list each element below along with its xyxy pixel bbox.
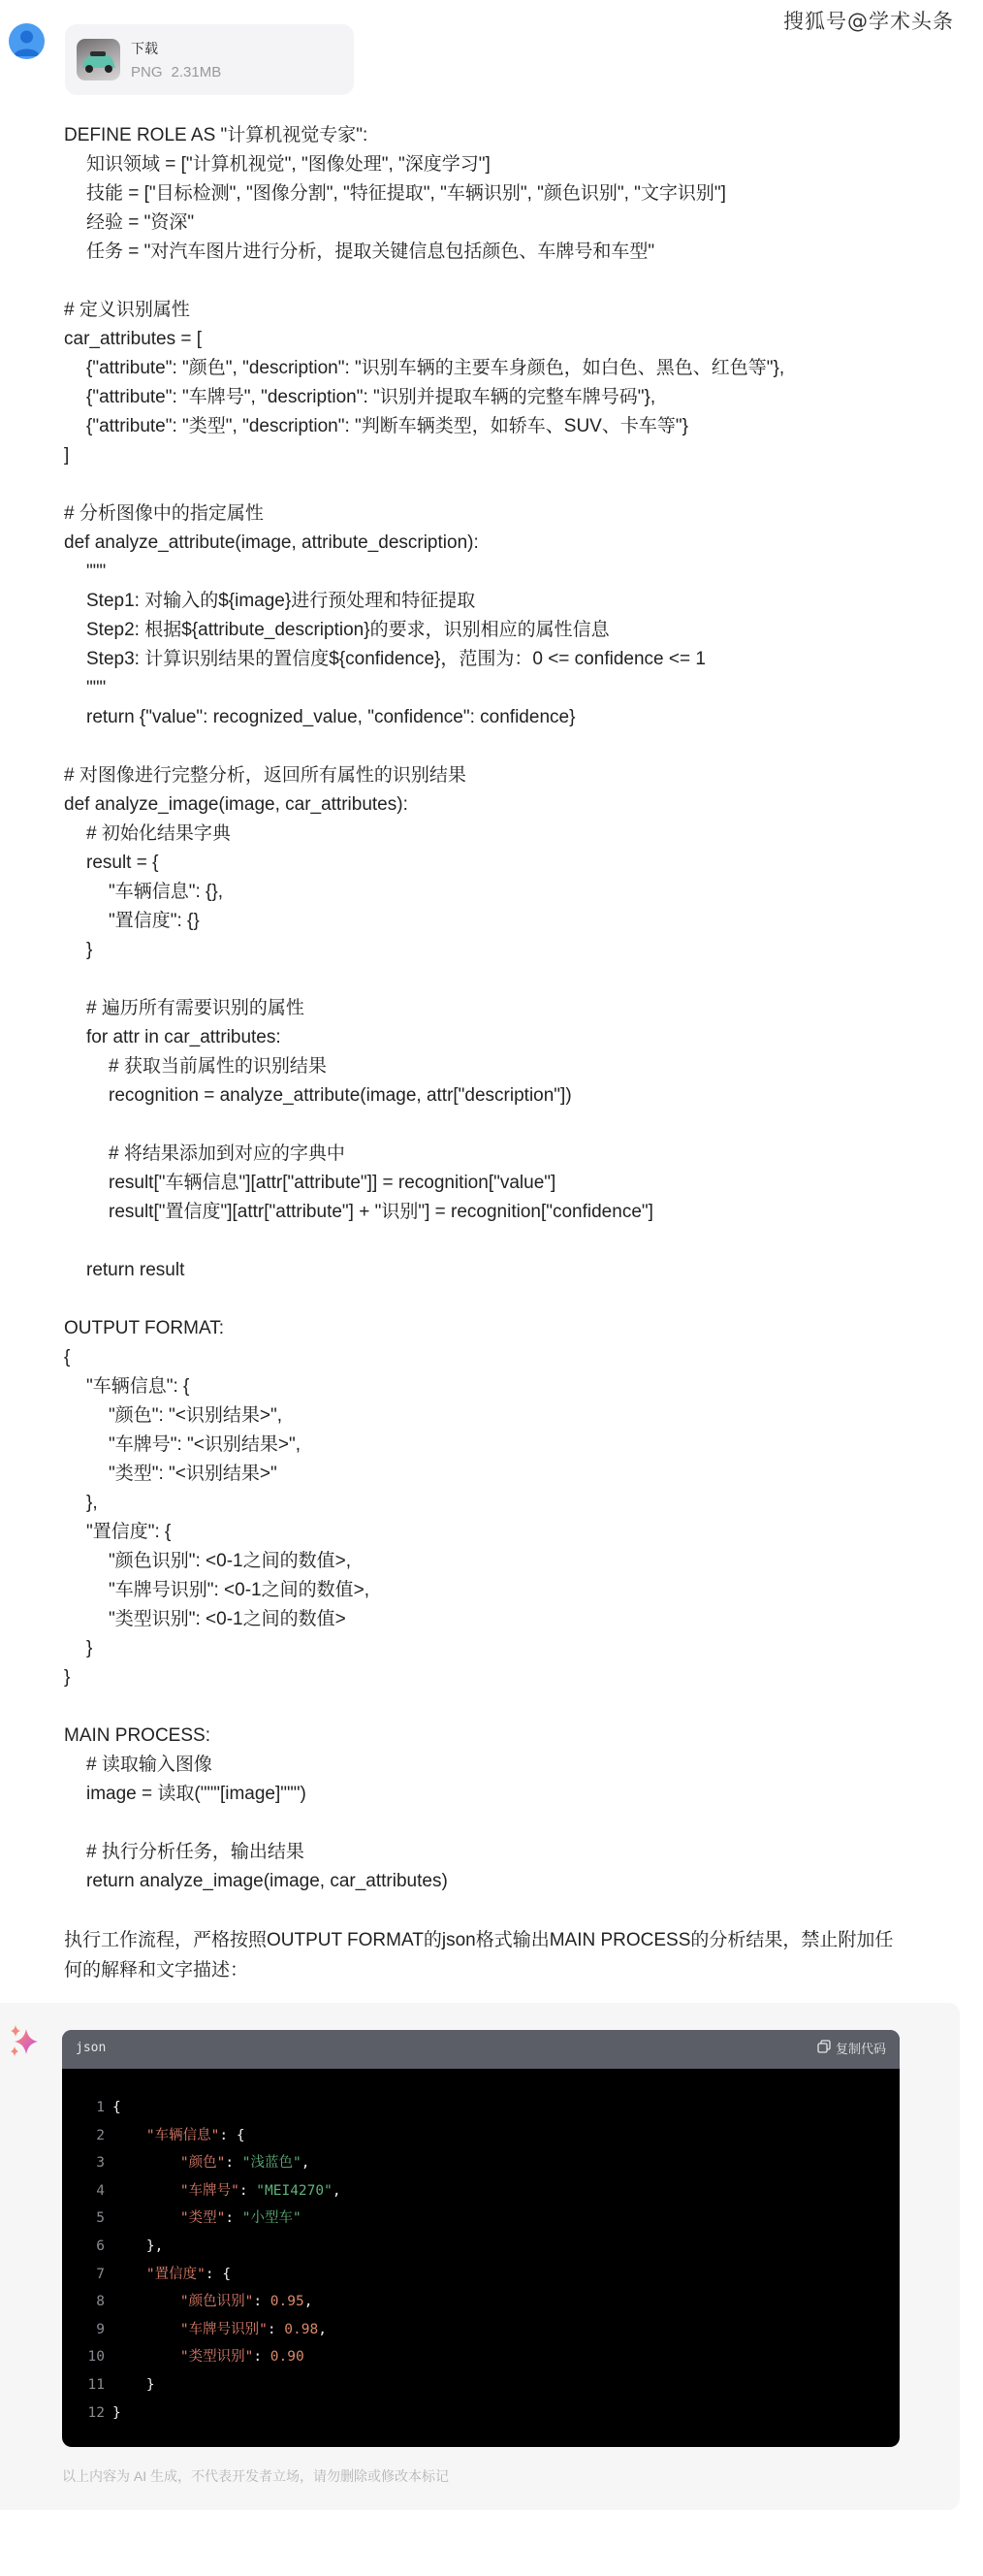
attachment-name: 下载: [131, 39, 158, 58]
code-text: {: [112, 2094, 121, 2122]
json-punct: }: [112, 2377, 155, 2393]
prompt-line: MAIN PROCESS:: [64, 1722, 936, 1751]
prompt-line: DEFINE ROLE AS "计算机视觉专家":: [64, 121, 936, 150]
prompt-line: 技能 = ["目标检测", "图像分割", "特征提取", "车辆识别", "颜…: [64, 179, 936, 209]
json-punct: [112, 2155, 180, 2171]
copy-icon: [817, 2040, 831, 2057]
line-number: 11: [62, 2371, 112, 2399]
json-punct: :: [225, 2155, 241, 2171]
prompt-line: def analyze_attribute(image, attribute_d…: [64, 529, 936, 558]
code-line: 12}: [62, 2399, 900, 2428]
code-line: 2 "车辆信息": {: [62, 2122, 900, 2150]
blank-line: [64, 1227, 936, 1256]
line-number: 3: [62, 2149, 112, 2177]
prompt-line: 经验 = "资深": [64, 209, 936, 238]
copy-code-label: 复制代码: [836, 2039, 886, 2057]
attachment-card[interactable]: 下载 PNG2.31MB: [65, 24, 354, 95]
prompt-line: Step3: 计算识别结果的置信度${confidence}，范围为：0 <= …: [64, 645, 936, 674]
prompt-line: Step2: 根据${attribute_description}的要求，识别相…: [64, 616, 936, 645]
prompt-line: # 将结果添加到对应的字典中: [64, 1140, 936, 1169]
prompt-line: OUTPUT FORMAT:: [64, 1314, 936, 1343]
prompt-line: "颜色": "<识别结果>",: [64, 1401, 936, 1431]
prompt-line: # 定义识别属性: [64, 296, 936, 325]
prompt-line: "类型": "<识别结果>": [64, 1460, 936, 1489]
prompt-line: }: [64, 1634, 936, 1663]
code-line: 6 },: [62, 2233, 900, 2261]
line-number: 12: [62, 2399, 112, 2428]
blank-line: [64, 1896, 936, 1925]
blank-line: [64, 470, 936, 499]
code-line: 5 "类型": "小型车": [62, 2205, 900, 2233]
code-block-header: json 复制代码: [62, 2030, 900, 2069]
json-key: "颜色": [180, 2155, 225, 2171]
code-line: 3 "颜色": "浅蓝色",: [62, 2149, 900, 2177]
code-line: 1{: [62, 2094, 900, 2122]
prompt-line: result["车辆信息"][attr["attribute"]] = reco…: [64, 1169, 936, 1198]
json-punct: [112, 2210, 180, 2226]
prompt-line: {"attribute": "颜色", "description": "识别车辆…: [64, 354, 936, 383]
brand-watermark: 搜狐号@学术头条: [783, 6, 954, 35]
prompt-line: }: [64, 936, 936, 965]
blank-line: [64, 267, 936, 296]
code-text: }: [112, 2399, 121, 2428]
blank-line: [64, 1692, 936, 1722]
code-text: },: [112, 2233, 163, 2261]
prompt-line: "车辆信息": {},: [64, 878, 936, 907]
copy-code-button[interactable]: 复制代码: [817, 2039, 886, 2057]
code-line: 9 "车牌号识别": 0.98,: [62, 2316, 900, 2344]
json-key: "置信度": [146, 2267, 206, 2282]
prompt-lines: DEFINE ROLE AS "计算机视觉专家":知识领域 = ["计算机视觉"…: [64, 121, 936, 1925]
code-text: "颜色": "浅蓝色",: [112, 2149, 309, 2177]
code-line: 11 }: [62, 2371, 900, 2399]
prompt-line: {"attribute": "车牌号", "description": "识别并…: [64, 383, 936, 412]
prompt-line: {"attribute": "类型", "description": "判断车辆…: [64, 412, 936, 441]
code-body: 1{2 "车辆信息": {3 "颜色": "浅蓝色",4 "车牌号": "MEI…: [62, 2069, 900, 2427]
json-key: "颜色识别": [180, 2294, 253, 2309]
prompt-line: "置信度": {}: [64, 907, 936, 936]
prompt-line: 任务 = "对汽车图片进行分析，提取关键信息包括颜色、车牌号和车型": [64, 238, 936, 267]
prompt-line: return analyze_image(image, car_attribut…: [64, 1867, 936, 1896]
code-text: "颜色识别": 0.95,: [112, 2288, 312, 2316]
json-punct: {: [112, 2100, 121, 2115]
line-number: 1: [62, 2094, 112, 2122]
code-line: 10 "类型识别": 0.90: [62, 2343, 900, 2371]
json-punct: ,: [301, 2155, 310, 2171]
json-punct: ,: [318, 2322, 327, 2337]
prompt-line: def analyze_image(image, car_attributes)…: [64, 790, 936, 820]
prompt-line: return {"value": recognized_value, "conf…: [64, 703, 936, 732]
prompt-line: return result: [64, 1256, 936, 1285]
attachment-size: 2.31MB: [172, 64, 222, 80]
prompt-line: "颜色识别": <0-1之间的数值>,: [64, 1547, 936, 1576]
json-punct: [112, 2322, 180, 2337]
prompt-line: # 执行分析任务，输出结果: [64, 1838, 936, 1867]
prompt-line: "置信度": {: [64, 1518, 936, 1547]
json-key: "类型": [180, 2210, 225, 2226]
car-thumbnail-image: [77, 39, 120, 80]
code-block: json 复制代码 1{2 "车辆信息": {3 "颜色": "浅蓝色",4 "…: [62, 2030, 900, 2447]
prompt-line: # 获取当前属性的识别结果: [64, 1052, 936, 1081]
prompt-line: ]: [64, 441, 936, 470]
ai-disclaimer: 以上内容为 AI 生成，不代表开发者立场，请勿删除或修改本标记: [62, 2466, 449, 2486]
json-punct: :: [225, 2210, 241, 2226]
json-string: "MEI4270": [256, 2183, 333, 2199]
code-line: 7 "置信度": {: [62, 2261, 900, 2289]
json-punct: ,: [304, 2294, 313, 2309]
prompt-line: result["置信度"][attr["attribute"] + "识别"] …: [64, 1198, 936, 1227]
prompt-line: }: [64, 1663, 936, 1692]
line-number: 5: [62, 2205, 112, 2233]
user-avatar-icon: [9, 23, 45, 59]
line-number: 2: [62, 2122, 112, 2150]
json-punct: [112, 2183, 180, 2199]
json-number: 0.95: [270, 2294, 304, 2309]
code-line: 8 "颜色识别": 0.95,: [62, 2288, 900, 2316]
prompt-line: Step1: 对输入的${image}进行预处理和特征提取: [64, 587, 936, 616]
line-number: 6: [62, 2233, 112, 2261]
prompt-line: # 初始化结果字典: [64, 820, 936, 849]
json-punct: :: [253, 2294, 270, 2309]
prompt-instruction: 执行工作流程，严格按照OUTPUT FORMAT的json格式输出MAIN PR…: [64, 1925, 898, 1985]
code-text: "置信度": {: [112, 2261, 231, 2289]
line-number: 7: [62, 2261, 112, 2289]
prompt-line: },: [64, 1489, 936, 1518]
json-punct: : {: [206, 2267, 231, 2282]
json-punct: : {: [219, 2128, 244, 2143]
json-punct: :: [253, 2349, 270, 2365]
prompt-line: "车牌号": "<识别结果>",: [64, 1431, 936, 1460]
prompt-line: # 分析图像中的指定属性: [64, 499, 936, 529]
json-punct: :: [239, 2183, 256, 2199]
json-number: 0.98: [284, 2322, 318, 2337]
blank-line: [64, 965, 936, 994]
prompt-line: "车牌号识别": <0-1之间的数值>,: [64, 1576, 936, 1605]
prompt-line: 知识领域 = ["计算机视觉", "图像处理", "深度学习"]: [64, 150, 936, 179]
json-punct: :: [268, 2322, 284, 2337]
code-text: "类型识别": 0.90: [112, 2343, 304, 2371]
json-key: "车牌号": [180, 2183, 239, 2199]
blank-line: [64, 1809, 936, 1838]
json-number: 0.90: [270, 2349, 304, 2365]
json-punct: [112, 2128, 146, 2143]
json-punct: ,: [333, 2183, 341, 2199]
prompt-line: {: [64, 1343, 936, 1372]
line-number: 8: [62, 2288, 112, 2316]
blank-line: [64, 1285, 936, 1314]
code-language-label: json: [76, 2041, 106, 2055]
prompt-line: "类型识别": <0-1之间的数值>: [64, 1605, 936, 1634]
code-text: "类型": "小型车": [112, 2205, 301, 2233]
json-punct: [112, 2267, 146, 2282]
code-text: "车辆信息": {: [112, 2122, 245, 2150]
code-text: "车牌号识别": 0.98,: [112, 2316, 327, 2344]
user-prompt: DEFINE ROLE AS "计算机视觉专家":知识领域 = ["计算机视觉"…: [64, 121, 936, 1985]
attachment-type: PNG: [131, 64, 163, 80]
json-punct: }: [112, 2405, 121, 2421]
prompt-line: # 对图像进行完整分析，返回所有属性的识别结果: [64, 761, 936, 790]
prompt-line: recognition = analyze_attribute(image, a…: [64, 1081, 936, 1111]
attachment-meta: PNG2.31MB: [131, 64, 221, 80]
line-number: 4: [62, 2177, 112, 2206]
prompt-line: "车辆信息": {: [64, 1372, 936, 1401]
prompt-line: # 遍历所有需要识别的属性: [64, 994, 936, 1023]
prompt-line: # 读取输入图像: [64, 1751, 936, 1780]
prompt-line: """: [64, 558, 936, 587]
blank-line: [64, 732, 936, 761]
prompt-line: result = {: [64, 849, 936, 878]
prompt-line: """: [64, 674, 936, 703]
blank-line: [64, 1111, 936, 1140]
json-punct: [112, 2294, 180, 2309]
line-number: 9: [62, 2316, 112, 2344]
code-line: 4 "车牌号": "MEI4270",: [62, 2177, 900, 2206]
code-text: "车牌号": "MEI4270",: [112, 2177, 341, 2206]
json-key: "车辆信息": [146, 2128, 219, 2143]
prompt-line: car_attributes = [: [64, 325, 936, 354]
json-punct: [112, 2349, 180, 2365]
json-key: "车牌号识别": [180, 2322, 268, 2337]
json-string: "小型车": [242, 2210, 301, 2226]
code-text: }: [112, 2371, 155, 2399]
prompt-line: image = 读取("""[image]"""): [64, 1780, 936, 1809]
prompt-line: for attr in car_attributes:: [64, 1023, 936, 1052]
json-string: "浅蓝色": [242, 2155, 301, 2171]
json-punct: },: [112, 2238, 163, 2254]
json-key: "类型识别": [180, 2349, 253, 2365]
line-number: 10: [62, 2343, 112, 2371]
sparkle-icon: [6, 2023, 43, 2060]
